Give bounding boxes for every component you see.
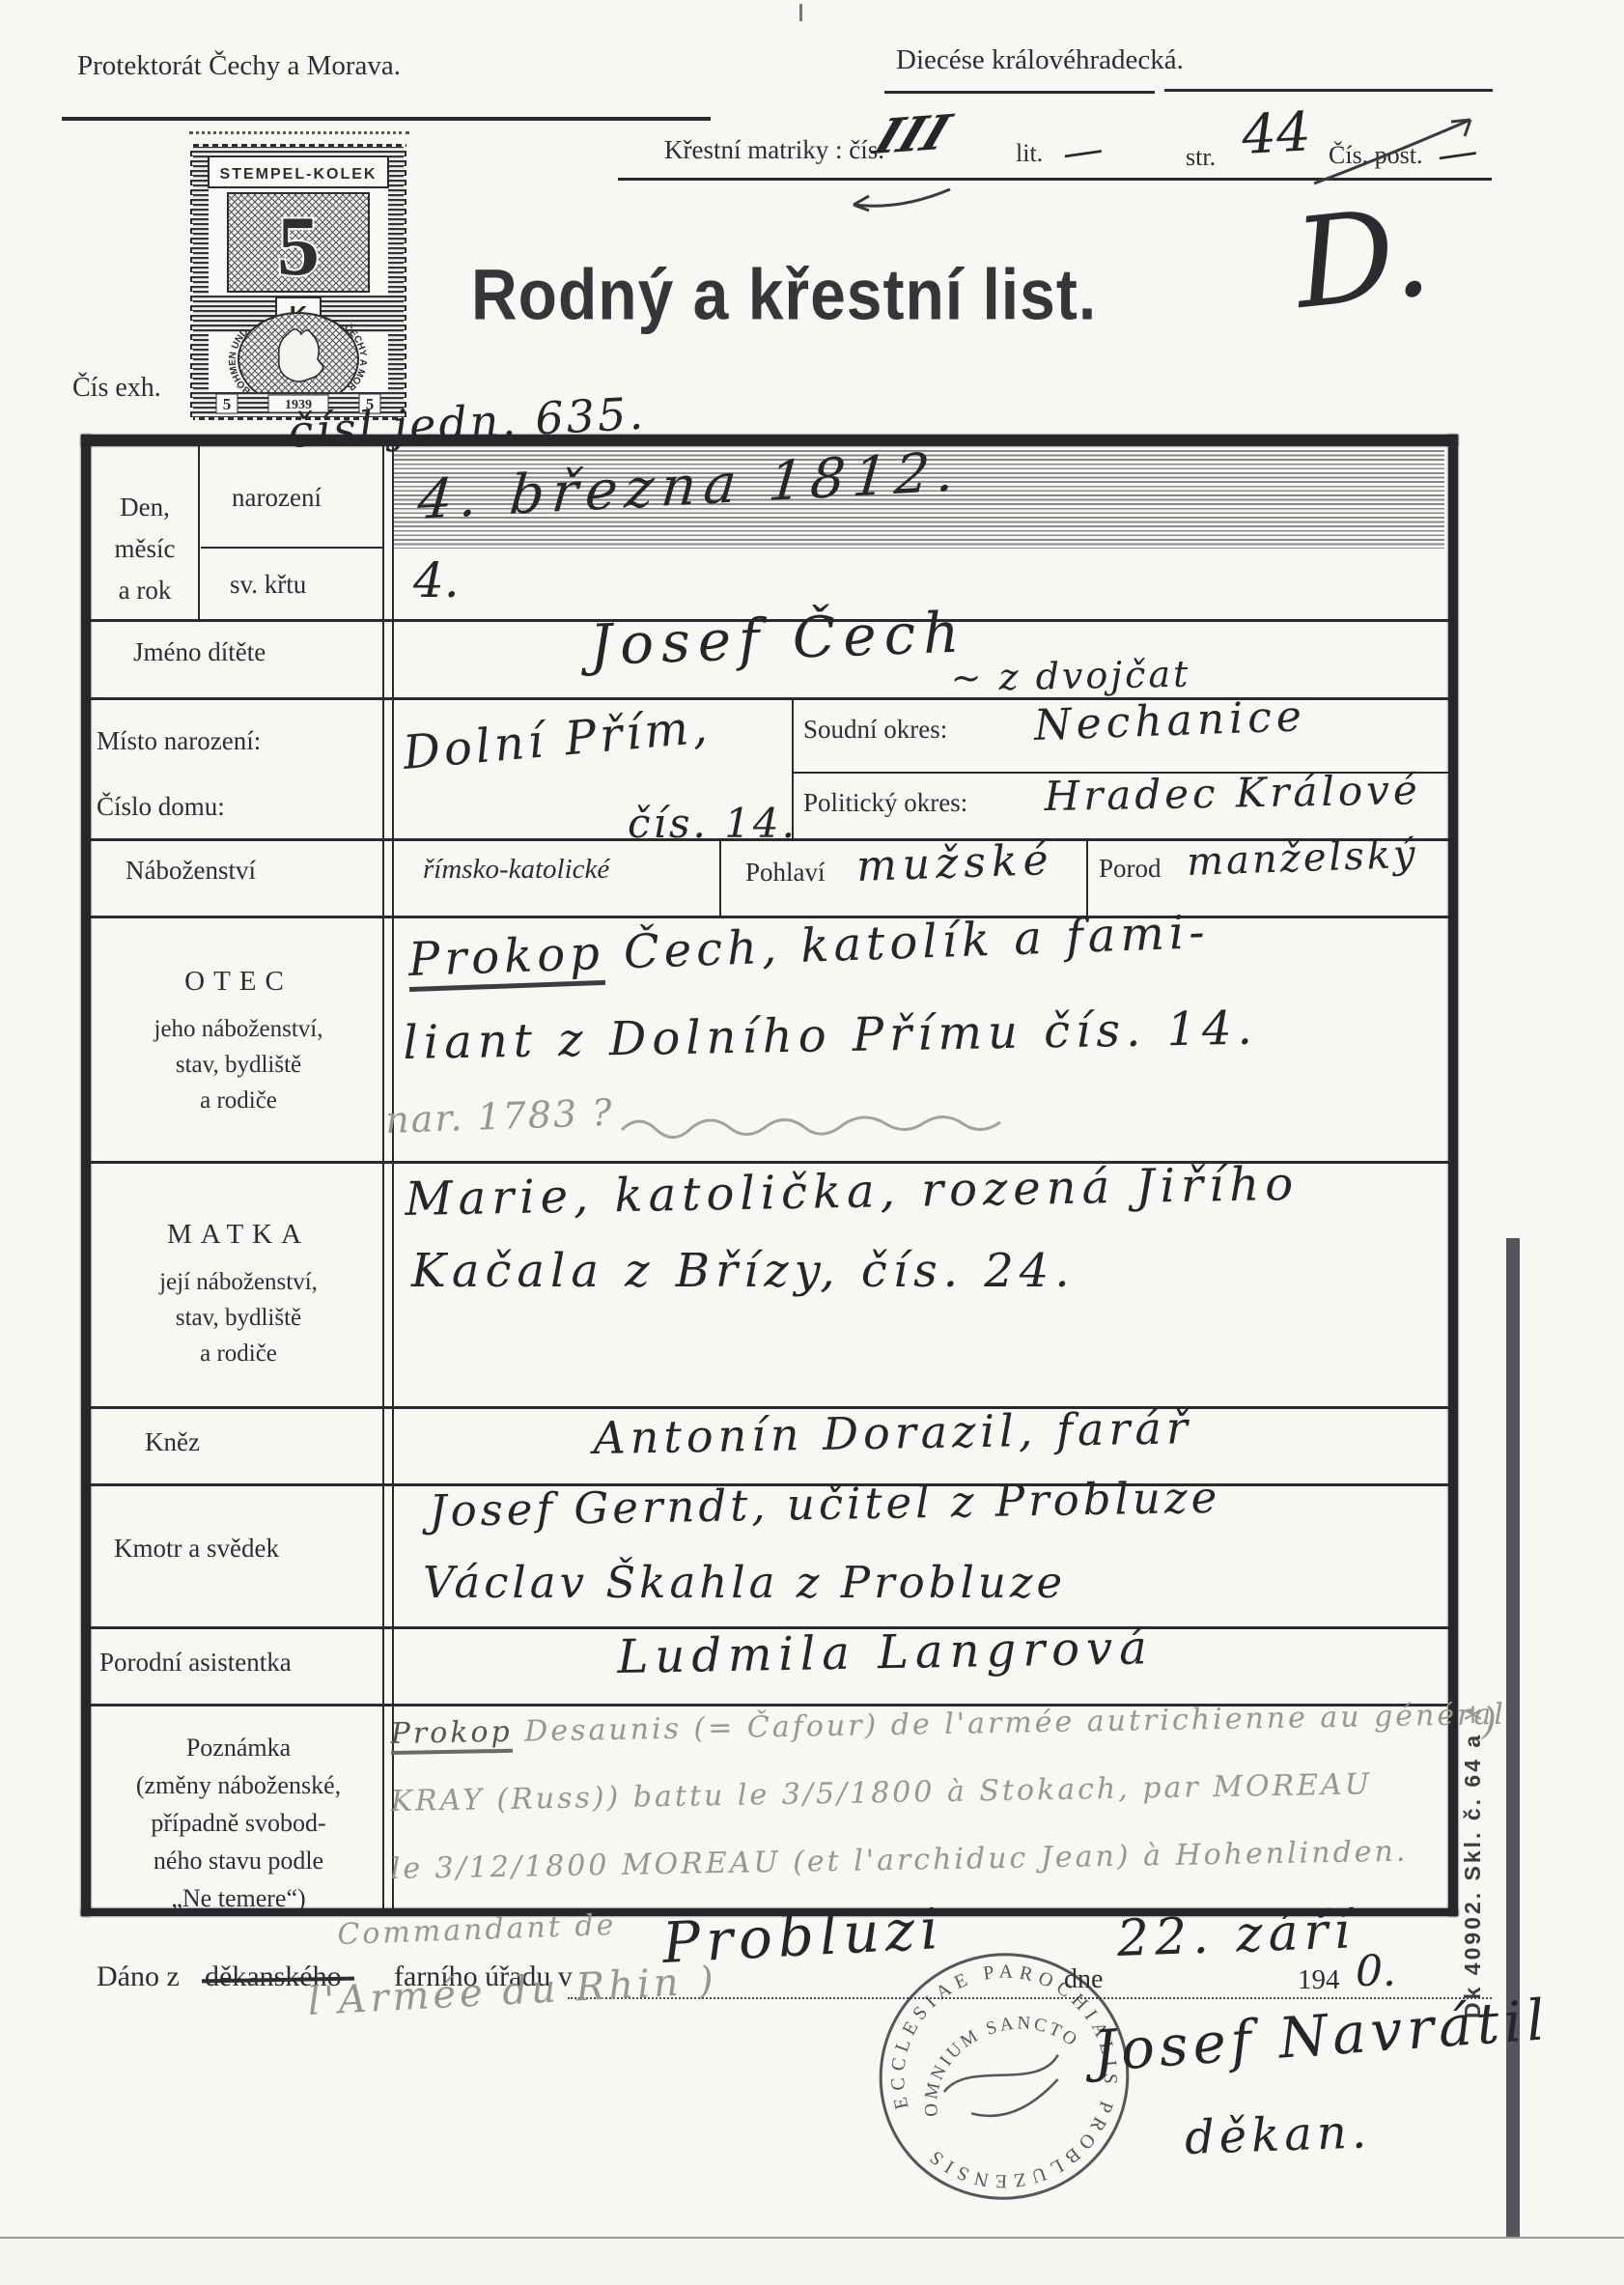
- baptism-date-handwritten: 4.: [413, 552, 460, 608]
- father-label-line2: jeho náboženství,: [93, 1011, 384, 1047]
- right-heading-underline-2: [1164, 89, 1493, 92]
- house-number-label: Číslo domu:: [97, 792, 225, 822]
- mother-handwritten-line1: Marie, katolička, rozená Jiřího: [405, 1157, 1300, 1227]
- godparent-handwritten-line2: Václav Škahla z Probluze: [423, 1557, 1066, 1608]
- remarks-pencil-line2: KRAY (Russ)) battu le 3/5/1800 à Stokach…: [390, 1767, 1372, 1819]
- midwife-label: Porodní asistentka: [99, 1648, 292, 1678]
- political-district-label: Politický okres:: [803, 788, 967, 818]
- table-border-left: [81, 435, 91, 1916]
- issue-date-handwritten: 22. září: [1116, 1902, 1357, 1968]
- child-name-handwritten: Josef Čech: [589, 599, 968, 678]
- remarks-prokop-ink: Prokop: [390, 1715, 513, 1755]
- birthplace-label: Místo narození:: [97, 726, 261, 756]
- pencil-arrow-small: [842, 182, 958, 220]
- lit-value-handwritten: —: [1059, 125, 1106, 177]
- signature-title-handwritten: děkan.: [1184, 2104, 1372, 2165]
- stamp-top-text: STEMPEL-KOLEK: [220, 166, 378, 183]
- str-value-handwritten: 44: [1241, 100, 1313, 167]
- page-title: Rodný a křestní list.: [471, 253, 1097, 335]
- mother-label-line1: MATKA: [93, 1219, 384, 1251]
- str-label: str.: [1186, 143, 1216, 172]
- scan-top-tick: [799, 4, 802, 21]
- priest-handwritten: Antonín Dorazil, farář: [593, 1401, 1192, 1464]
- table-border-right: [1448, 435, 1458, 1916]
- exhibit-number-label: Čís exh.: [72, 373, 161, 404]
- signature-handwritten: Josef Navrátil: [1091, 1987, 1552, 2084]
- row-line-4: [91, 916, 1448, 918]
- mother-label-line2: její náboženství,: [93, 1264, 384, 1300]
- right-heading-underline-1: [884, 91, 1155, 94]
- svg-text:ECCLESIAE PAROCHIALIS PROBLUZE: ECCLESIAE PAROCHIALIS PROBLUZENSIS: [869, 1949, 1149, 2222]
- registry-number-handwritten: III: [867, 103, 958, 165]
- birth-certificate-document: Protektorát Čechy a Morava. Diecése král…: [0, 0, 1624, 2285]
- remarks-label: Poznámka (změny náboženské, případně svo…: [93, 1729, 384, 1917]
- day-month-year-label: Den, měsíc a rok: [91, 487, 199, 611]
- table-divider-labels-values: [382, 446, 394, 1908]
- mother-label: MATKA její náboženství, stav, bydliště a…: [93, 1219, 384, 1371]
- mother-label-line4: a rodiče: [93, 1336, 384, 1371]
- remarks-label-line2: (změny náboženské,: [93, 1766, 384, 1804]
- child-name-label: Jméno dítěte: [133, 637, 266, 667]
- day-label-line1: Den,: [91, 487, 199, 528]
- mother-label-line3: stav, bydliště: [93, 1300, 384, 1336]
- father-label-line1: OTEC: [93, 966, 384, 998]
- divider-religion-sex: [719, 838, 721, 916]
- father-pencil-note: nar. 1783 ?: [384, 1091, 614, 1142]
- pencil-arrow-up-right: [1308, 106, 1492, 193]
- father-name-underlined: Prokop: [407, 926, 605, 992]
- judicial-district-handwritten: Nechanice: [1033, 691, 1306, 750]
- lit-label: lit.: [1016, 139, 1043, 168]
- religion-label: Náboženství: [126, 856, 256, 886]
- birthplace-handwritten-2: čís. 14.: [628, 800, 798, 847]
- judicial-district-label: Soudní okres:: [803, 715, 947, 745]
- protectorate-heading: Protektorát Čechy a Morava.: [77, 50, 401, 82]
- day-label-line3: a rok: [91, 570, 199, 611]
- sex-value-handwritten: mužské: [855, 835, 1054, 891]
- father-label-line3: stav, bydliště: [93, 1047, 384, 1083]
- godparent-handwritten-line1: Josef Gerndt, učitel z Probluze: [429, 1472, 1221, 1537]
- birth-sublabel: narození: [232, 483, 322, 513]
- father-label: OTEC jeho náboženství, stav, bydliště a …: [93, 966, 384, 1118]
- divider-birth-baptism: [201, 547, 382, 549]
- stamp-value: 5: [277, 200, 320, 294]
- day-label-line2: měsíc: [91, 528, 199, 570]
- footer-pencil-armee: l'Armée du Rhin ): [307, 1959, 718, 2024]
- midwife-handwritten: Ludmila Langrová: [617, 1621, 1154, 1684]
- stamp-bottom-left: 5: [223, 395, 232, 413]
- seal-ring-text: ECCLESIAE PAROCHIALIS PROBLUZENSIS: [869, 1949, 1149, 2222]
- year-printed: 194: [1298, 1964, 1340, 1996]
- stamp-perforation-top: [189, 131, 409, 134]
- mother-handwritten-line2: Kačala z Břízy, čís. 24.: [411, 1244, 1076, 1298]
- left-heading-underline: [62, 117, 711, 121]
- baptism-sublabel: sv. křtu: [230, 570, 306, 600]
- sex-label: Pohlaví: [745, 858, 826, 888]
- godparent-label: Kmotr a svědek: [114, 1534, 279, 1564]
- series-letter-handwritten: D.: [1288, 180, 1437, 337]
- religion-value-printed: římsko-katolické: [423, 854, 609, 886]
- birth-type-label: Porod: [1099, 854, 1162, 884]
- divider-sex-birthtype: [1086, 838, 1088, 916]
- remarks-label-line4: ného stavu podle: [93, 1842, 384, 1879]
- scan-bottom-strip: [0, 2239, 1624, 2285]
- father-label-line4: a rodiče: [93, 1083, 384, 1118]
- parish-seal: ECCLESIAE PAROCHIALIS PROBLUZENSIS OMNIU…: [869, 1949, 1149, 2229]
- scan-right-edge: [1506, 1238, 1520, 2264]
- father-pencil-illegible-scribble: [618, 1101, 1043, 1149]
- birth-type-value-handwritten: manželský: [1186, 832, 1418, 885]
- issued-prefix: Dáno z: [97, 1961, 180, 1993]
- child-name-note-handwritten: ~ z dvojčat: [950, 653, 1190, 699]
- remarks-pencil-line3: le 3/12/1800 MOREAU (et l'archiduc Jean)…: [390, 1835, 1408, 1886]
- revenue-stamp: STEMPEL-KOLEK 5 K BÖHMEN UND MÄHREN ČECH…: [187, 141, 409, 423]
- seal-center-scribble: [942, 2049, 1071, 2130]
- birthplace-handwritten-1: Dolní Přím,: [401, 699, 713, 780]
- year-written-handwritten: 0.: [1356, 1947, 1396, 1996]
- remarks-label-line1: Poznámka: [93, 1729, 384, 1766]
- priest-label: Kněz: [145, 1427, 200, 1457]
- father-handwritten-line2: liant z Dolního Přímu čís. 14.: [403, 1001, 1258, 1070]
- diocese-heading: Diecése královéhradecká.: [896, 44, 1184, 76]
- political-district-handwritten: Hradec Králové: [1044, 766, 1421, 820]
- registry-label: Křestní matriky : čís.: [664, 135, 884, 165]
- remarks-label-line5: „Ne temere“): [93, 1879, 384, 1917]
- form-code-vertical: Dk 40902. Skl. č. 64 a: [1460, 1313, 1493, 2018]
- remarks-label-line3: případně svobod-: [93, 1804, 384, 1842]
